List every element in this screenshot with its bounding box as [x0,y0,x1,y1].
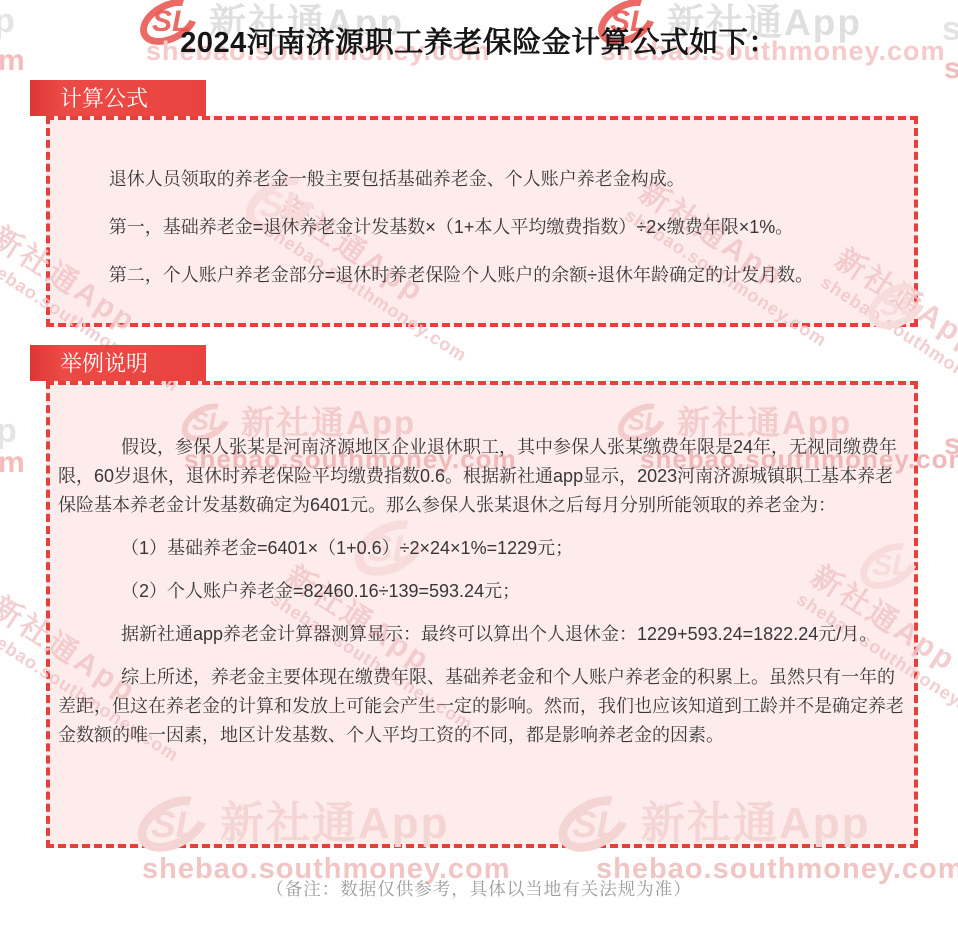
formula-basic-pension-paragraph: 第一，基础养老金=退休养老金计发基数×（1+本人平均缴费指数）÷2×缴费年限×1… [62,212,898,242]
page-root: SL 新社通App SL 新社通App shebao.southmoney.co… [0,0,958,938]
section-label-calc-formula: 计算公式 [30,80,206,116]
footer-note: （备注：数据仅供参考，具体以当地有关法规为准） [0,876,958,901]
example-scenario-paragraph: 假设，参保人张某是河南济源地区企业退休职工，其中参保人张某缴费年限是24年，无视… [58,433,904,520]
example-conclusion-paragraph: 综上所述，养老金主要体现在缴费年限、基础养老金和个人账户养老金的积累上。虽然只有… [58,663,904,750]
example-basic-pension-paragraph: （1）基础养老金=6401×（1+0.6）÷2×24×1%=1229元； [58,534,904,563]
example-total-paragraph: 据新社通app养老金计算器测算显示：最终可以算出个人退休金：1229+593.2… [58,620,904,649]
section-example: 举例说明 假设，参保人张某是河南济源地区企业退休职工，其中参保人张某缴费年限是2… [0,345,958,848]
example-personal-account-paragraph: （2）个人账户养老金=82460.16÷139=593.24元； [58,577,904,606]
calc-formula-box: 退休人员领取的养老金一般主要包括基础养老金、个人账户养老金构成。 第一，基础养老… [46,116,918,327]
section-label-example: 举例说明 [30,345,206,381]
formula-intro-paragraph: 退休人员领取的养老金一般主要包括基础养老金、个人账户养老金构成。 [62,164,898,194]
section-label-text: 计算公式 [60,86,148,111]
section-calc-formula: 计算公式 退休人员领取的养老金一般主要包括基础养老金、个人账户养老金构成。 第一… [0,80,958,327]
formula-personal-account-paragraph: 第二，个人账户养老金部分=退休时养老保险个人账户的余额÷退休年龄确定的计发月数。 [62,260,898,290]
page-title: 2024河南济源职工养老保险金计算公式如下： [0,20,958,61]
example-box: 假设，参保人张某是河南济源地区企业退休职工，其中参保人张某缴费年限是24年，无视… [46,381,918,848]
section-label-text: 举例说明 [60,351,148,376]
